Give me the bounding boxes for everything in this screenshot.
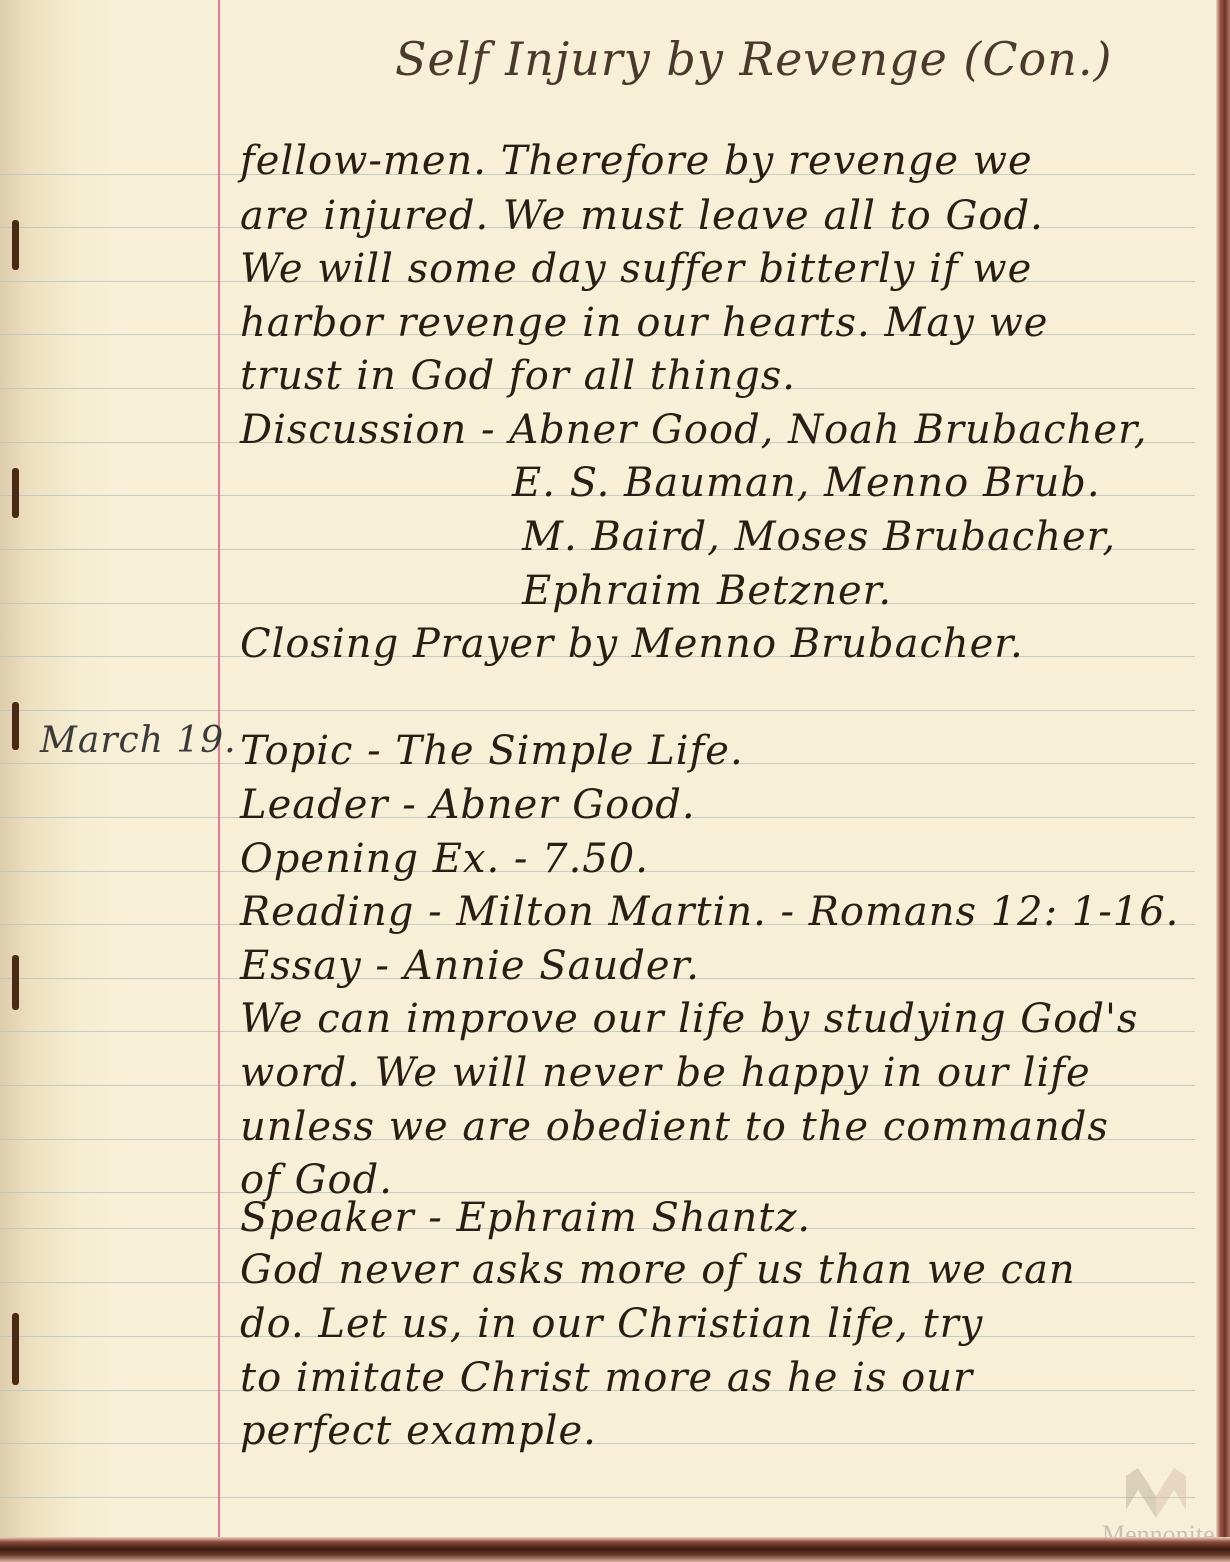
text-line: We can improve our life by studying God'… [240,996,1138,1042]
text-line: trust in God for all things. [240,353,796,399]
text-line: Ephraim Betzner. [522,568,892,614]
entry-date: March 19. [40,720,237,761]
ruled-line [0,710,1195,711]
notebook-cover-edge-bottom [0,1537,1230,1562]
binding-stitch [12,955,19,1010]
text-line: Opening Ex. - 7.50. [240,836,649,882]
text-line: to imitate Christ more as he is our [240,1355,973,1401]
binding-stitch [12,1313,19,1385]
text-line: E. S. Bauman, Menno Brub. [512,460,1101,506]
ruled-line [0,1497,1195,1498]
text-line: Essay - Annie Sauder. [240,943,700,989]
text-line: word. We will never be happy in our life [240,1050,1091,1096]
binding-stitch [12,220,19,270]
text-line: Leader - Abner Good. [240,782,696,828]
text-line: Discussion - Abner Good, Noah Brubacher, [240,407,1148,453]
notebook-page: Self Injury by Revenge (Con.) fellow-men… [0,0,1216,1540]
text-line: perfect example. [240,1408,597,1454]
text-line: Speaker - Ephraim Shantz. [240,1195,811,1241]
text-line: harbor revenge in our hearts. May we [240,300,1048,346]
ruled-line [0,1443,1195,1444]
text-line: unless we are obedient to the commands [240,1104,1109,1150]
notebook-cover-edge-right [1216,0,1230,1562]
mennonite-watermark: Mennonite [1102,1468,1212,1540]
text-line: Reading - Milton Martin. - Romans 12: 1-… [240,889,1179,935]
text-line: are injured. We must leave all to God. [240,193,1044,239]
text-line: Closing Prayer by Menno Brubacher. [240,621,1024,667]
text-line: God never asks more of us than we can [240,1247,1076,1293]
text-line: We will some day suffer bitterly if we [240,246,1032,292]
text-line: Topic - The Simple Life. [240,728,744,774]
text-line: do. Let us, in our Christian life, try [240,1301,983,1347]
page-title: Self Injury by Revenge (Con.) [395,32,1112,86]
text-line: M. Baird, Moses Brubacher, [522,514,1116,560]
mennonite-logo-icon [1116,1468,1196,1518]
text-line: fellow-men. Therefore by revenge we [240,138,1033,184]
margin-line [218,0,220,1540]
binding-stitch [12,468,19,518]
binding-stitch [12,702,19,750]
ruled-line [0,1192,1195,1193]
